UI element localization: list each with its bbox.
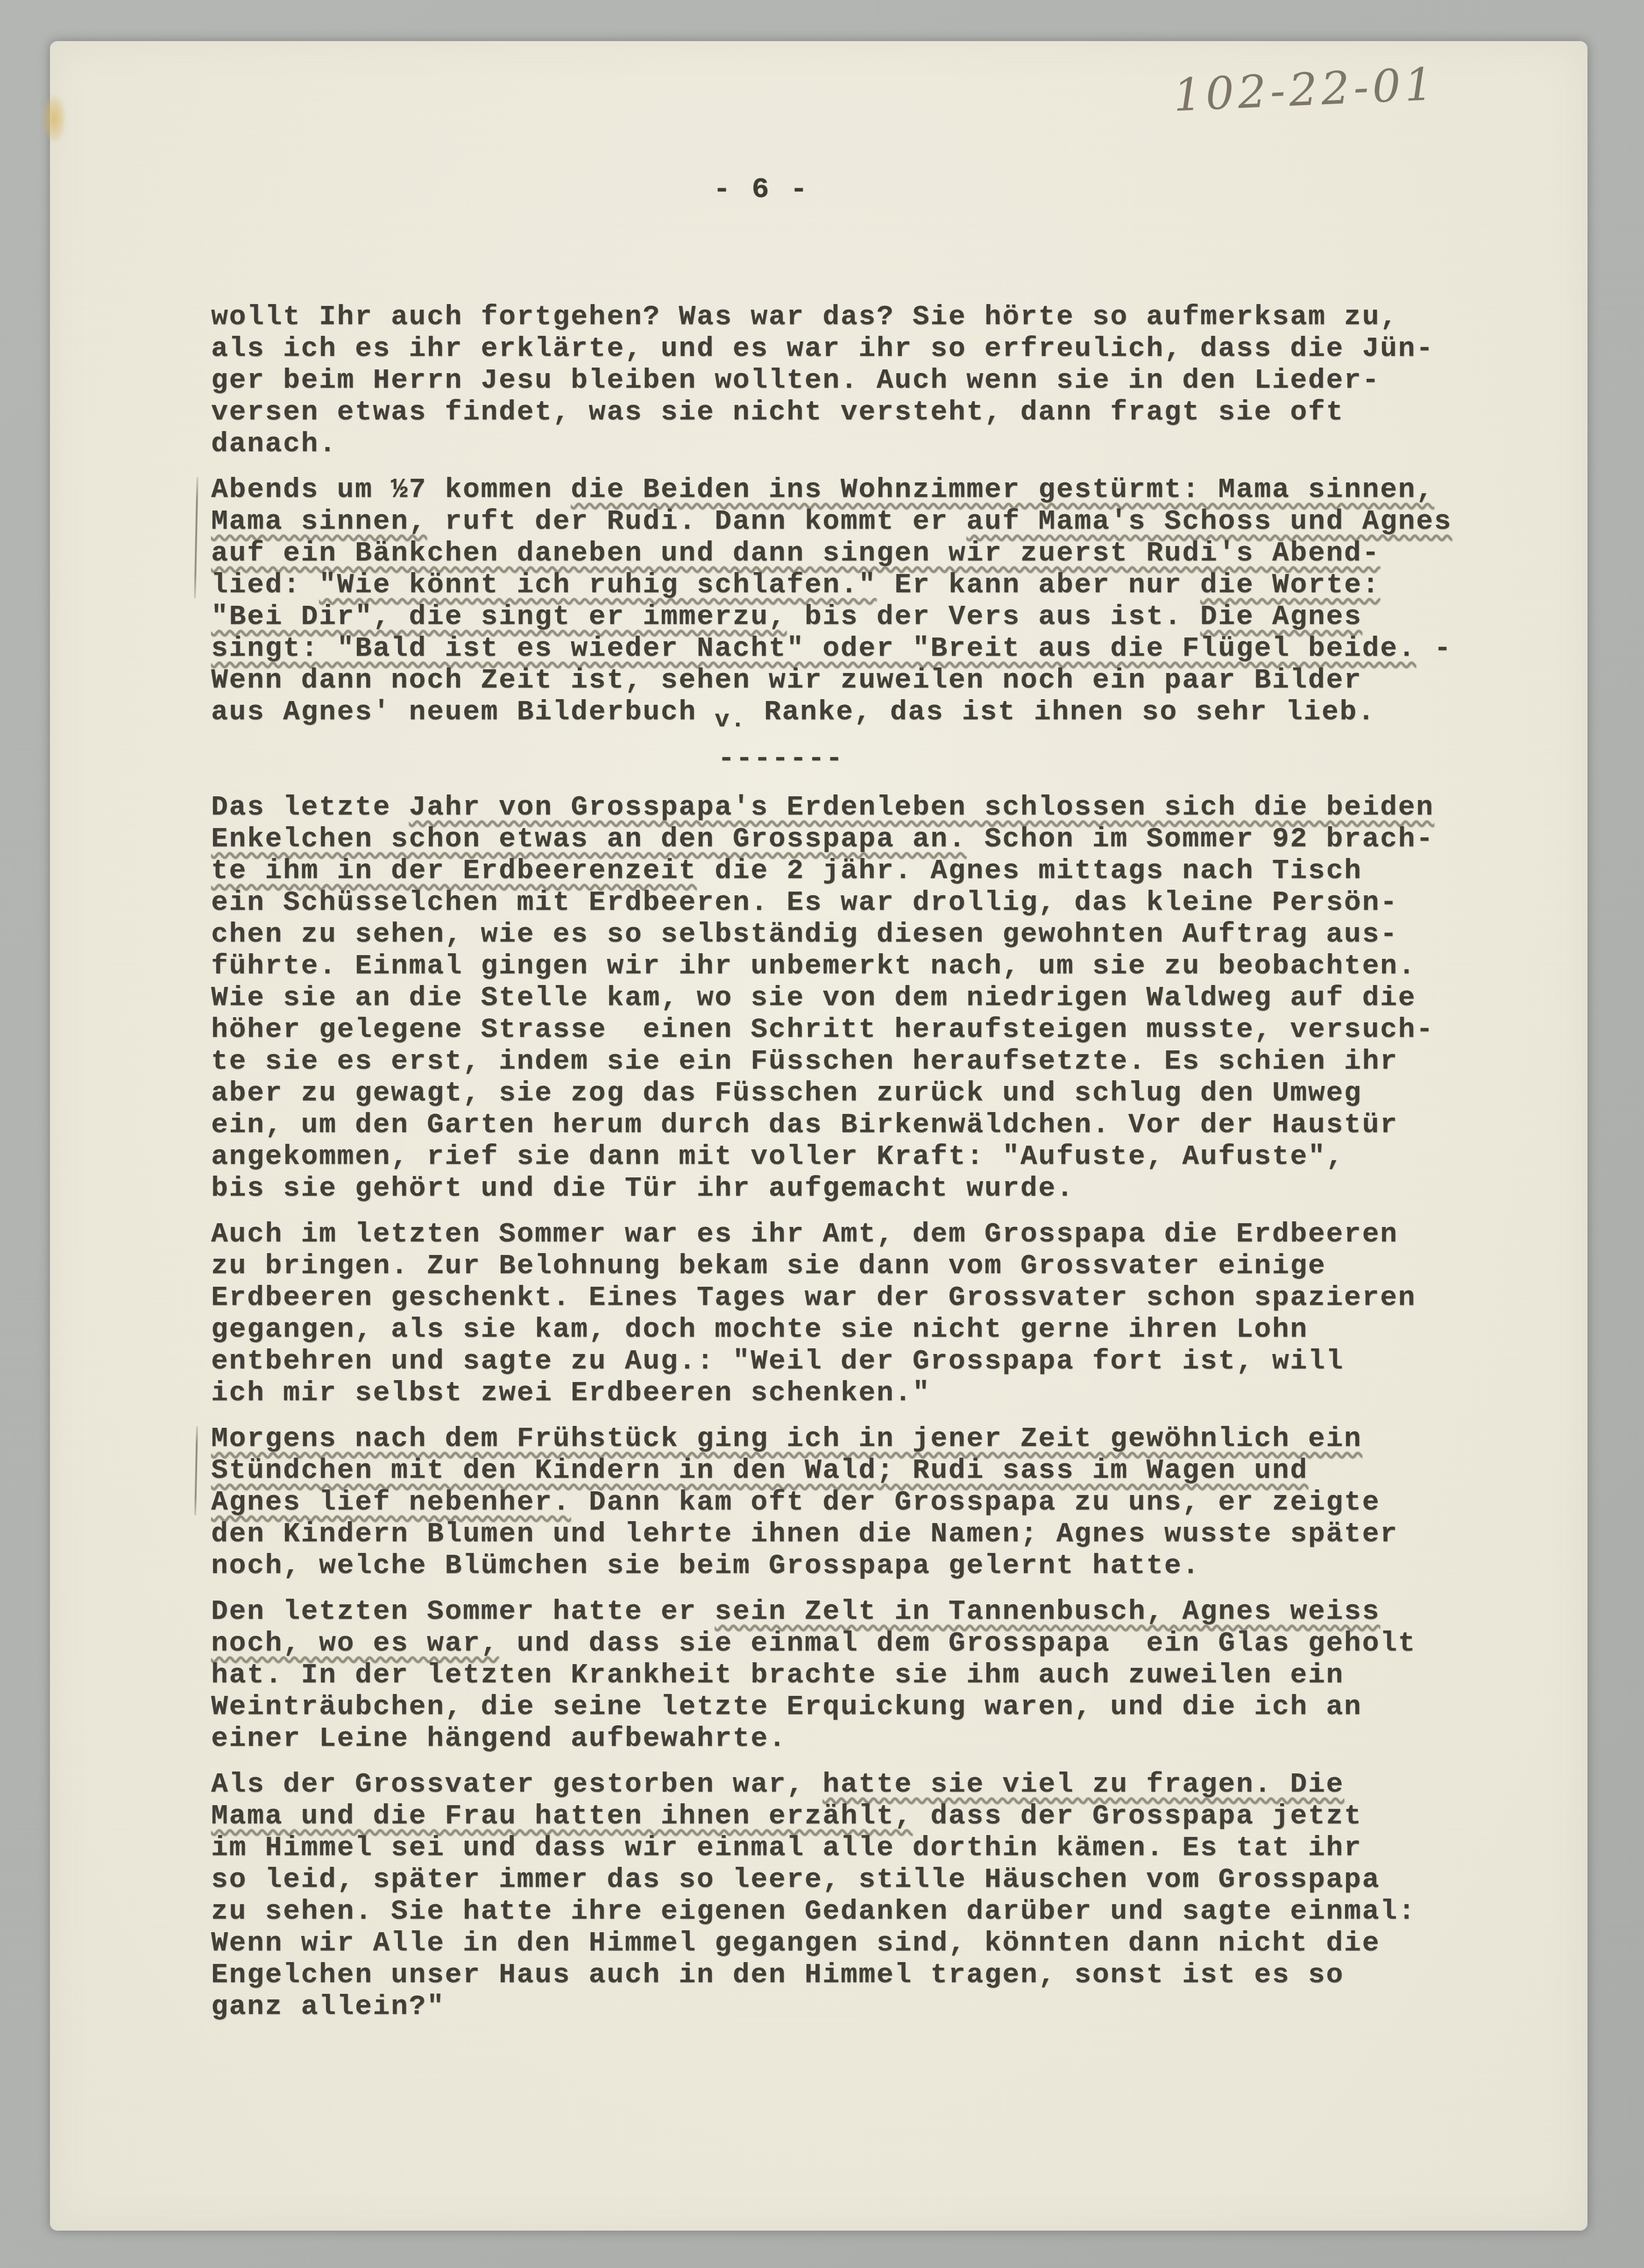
- text-segment: Auch im letzten Sommer war es ihr Amt, d…: [211, 1219, 1398, 1250]
- text-segment: Er kann aber nur: [877, 569, 1200, 601]
- paragraph: Das letzte Jahr von Grosspapa's Erdenleb…: [211, 792, 1444, 1205]
- text-line: Wie sie an die Stelle kam, wo sie von de…: [211, 982, 1444, 1014]
- pencil-underlined-text: "Wie könnt ich ruhig schlafen.": [319, 569, 877, 601]
- text-segment: ich mir selbst zwei Erdbeeren schenken.": [211, 1377, 930, 1409]
- text-segment: zu bringen. Zur Belohnung bekam sie dann…: [211, 1250, 1326, 1282]
- pencil-underlined-text: die Beiden ins Wohnzimmer gestürmt: Mama…: [571, 474, 1434, 506]
- text-line: Enkelchen schon etwas an den Grosspapa a…: [211, 823, 1444, 855]
- text-segment: führte. Einmal gingen wir ihr unbemerkt …: [211, 950, 1416, 982]
- text-segment: Erdbeeren geschenkt. Eines Tages war der…: [211, 1282, 1416, 1314]
- text-line: wollt Ihr auch fortgehen? Was war das? S…: [211, 301, 1444, 333]
- inserted-text: v.: [715, 706, 746, 734]
- pencil-underlined-text: hatte sie viel zu fragen. Die: [822, 1769, 1344, 1800]
- paragraph: wollt Ihr auch fortgehen? Was war das? S…: [211, 301, 1444, 460]
- text-line: singt: "Bald ist es wieder Nacht" oder "…: [211, 633, 1444, 665]
- text-segment: als ich es ihr erklärte, und es war ihr …: [211, 333, 1434, 365]
- pencil-underlined-text: auf ein Bänkchen daneben und dann singen…: [211, 538, 1380, 569]
- text-line: Wenn wir Alle in den Himmel gegangen sin…: [211, 1928, 1444, 1959]
- text-segment: einer Leine hängend aufbewahrte.: [211, 1723, 787, 1755]
- text-segment: lied:: [211, 569, 319, 601]
- text-segment: -: [1416, 633, 1452, 665]
- text-line: Weinträubchen, die seine letzte Erquicku…: [211, 1691, 1444, 1723]
- text-segment: Wenn dann noch Zeit ist, sehen wir zuwei…: [211, 665, 1362, 696]
- text-segment: Engelchen unser Haus auch in den Himmel …: [211, 1959, 1344, 1991]
- text-line: Mama sinnen, ruft der Rudi. Dann kommt e…: [211, 506, 1444, 538]
- pencil-underlined-text: sein Zelt in Tannenbusch, Agnes weiss: [715, 1596, 1380, 1628]
- text-segment: Schon im Sommer 92 brach-: [966, 823, 1434, 855]
- text-line: Den letzten Sommer hatte er sein Zelt in…: [211, 1596, 1444, 1628]
- text-line: hat. In der letzten Krankheit brachte si…: [211, 1659, 1444, 1691]
- text-segment: bis der Vers aus ist.: [787, 601, 1200, 633]
- text-line: danach.: [211, 428, 1444, 460]
- text-line: zu sehen. Sie hatte ihre eigenen Gedanke…: [211, 1896, 1444, 1928]
- text-segment: hat. In der letzten Krankheit brachte si…: [211, 1659, 1344, 1691]
- text-line: ich mir selbst zwei Erdbeeren schenken.": [211, 1377, 1444, 1409]
- text-segment: wollt Ihr auch fortgehen? Was war das? S…: [211, 301, 1398, 333]
- text-line: chen zu sehen, wie es so selbständig die…: [211, 919, 1444, 950]
- text-line: ein, um den Garten herum durch das Birke…: [211, 1109, 1444, 1141]
- text-segment: Den letzten Sommer hatte er: [211, 1596, 715, 1628]
- text-line: als ich es ihr erklärte, und es war ihr …: [211, 333, 1444, 365]
- text-segment: Abends um ½7 kommen: [211, 474, 571, 506]
- text-segment: die 2 jähr. Agnes mittags nach Tisch: [697, 855, 1362, 887]
- text-segment: im Himmel sei und dass wir einmal alle d…: [211, 1832, 1362, 1864]
- pencil-underlined-text: Stündchen mit den Kindern in den Wald; R…: [211, 1455, 1308, 1487]
- pencil-underlined-text: noch, wo es war,: [211, 1628, 499, 1659]
- typed-divider: -------: [211, 743, 1444, 775]
- text-line: angekommen, rief sie dann mit voller Kra…: [211, 1141, 1444, 1173]
- paper-stain: [43, 96, 65, 141]
- text-segment: chen zu sehen, wie es so selbständig die…: [211, 919, 1398, 950]
- paragraph: Als der Grossvater gestorben war, hatte …: [211, 1769, 1444, 2023]
- text-line: Das letzte Jahr von Grosspapa's Erdenleb…: [211, 792, 1444, 823]
- paragraph: Auch im letzten Sommer war es ihr Amt, d…: [211, 1219, 1444, 1409]
- pencil-margin-line: [194, 1426, 198, 1516]
- text-segment: noch, welche Blümchen sie beim Grosspapa…: [211, 1550, 1200, 1582]
- text-line: te sie es erst, indem sie ein Füsschen h…: [211, 1046, 1444, 1077]
- text-segment: Dann kam oft der Grosspapa zu uns, er ze…: [571, 1487, 1380, 1518]
- pencil-underlined-text: Mama sinnen,: [211, 506, 427, 538]
- text-line: ein Schüsselchen mit Erdbeeren. Es war d…: [211, 887, 1444, 919]
- text-segment: zu sehen. Sie hatte ihre eigenen Gedanke…: [211, 1896, 1416, 1928]
- text-segment: aber zu gewagt, sie zog das Füsschen zur…: [211, 1077, 1362, 1109]
- text-line: den Kindern Blumen und lehrte ihnen die …: [211, 1518, 1444, 1550]
- typewritten-body: wollt Ihr auch fortgehen? Was war das? S…: [211, 301, 1444, 2037]
- text-line: Stündchen mit den Kindern in den Wald; R…: [211, 1455, 1444, 1487]
- text-segment: und dass sie einmal dem Grosspapa ein Gl…: [499, 1628, 1416, 1659]
- text-segment: ger beim Herrn Jesu bleiben wollten. Auc…: [211, 365, 1380, 397]
- paragraph: Den letzten Sommer hatte er sein Zelt in…: [211, 1596, 1444, 1755]
- text-line: führte. Einmal gingen wir ihr unbemerkt …: [211, 950, 1444, 982]
- text-segment: dass der Grosspapa jetzt: [913, 1800, 1362, 1832]
- text-segment: danach.: [211, 428, 337, 460]
- text-line: einer Leine hängend aufbewahrte.: [211, 1723, 1444, 1755]
- text-segment: Ranke, das ist ihnen so sehr lieb.: [746, 696, 1376, 728]
- text-line: Abends um ½7 kommen die Beiden ins Wohnz…: [211, 474, 1444, 506]
- text-line: Als der Grossvater gestorben war, hatte …: [211, 1769, 1444, 1800]
- text-line: aus Agnes' neuem Bilderbuch v. Ranke, da…: [211, 696, 1444, 729]
- pencil-underlined-text: die Worte:: [1200, 569, 1380, 601]
- text-segment: angekommen, rief sie dann mit voller Kra…: [211, 1141, 1344, 1173]
- text-line: zu bringen. Zur Belohnung bekam sie dann…: [211, 1250, 1444, 1282]
- text-line: ger beim Herrn Jesu bleiben wollten. Auc…: [211, 365, 1444, 397]
- pencil-margin-line: [194, 477, 198, 598]
- paragraph: Abends um ½7 kommen die Beiden ins Wohnz…: [211, 474, 1444, 729]
- text-line: entbehren und sagte zu Aug.: "Weil der G…: [211, 1346, 1444, 1377]
- document-page: 102-22-01 - 6 - wollt Ihr auch fortgehen…: [50, 41, 1587, 2231]
- text-segment: Wenn wir Alle in den Himmel gegangen sin…: [211, 1928, 1380, 1959]
- text-line: gegangen, als sie kam, doch mochte sie n…: [211, 1314, 1444, 1346]
- text-line: bis sie gehört und die Tür ihr aufgemach…: [211, 1173, 1444, 1205]
- text-segment: te sie es erst, indem sie ein Füsschen h…: [211, 1046, 1398, 1077]
- handwritten-reference-number: 102-22-01: [1172, 58, 1438, 122]
- text-segment: ein Schüsselchen mit Erdbeeren. Es war d…: [211, 887, 1398, 919]
- pencil-underlined-text: Jahr von Grosspapa's Erdenleben schlosse…: [409, 792, 1434, 823]
- text-segment: Das letzte: [211, 792, 409, 823]
- text-line: "Bei Dir", die singt er immerzu, bis der…: [211, 601, 1444, 633]
- text-segment: ruft der Rudi. Dann kommt er: [427, 506, 966, 538]
- text-segment: gegangen, als sie kam, doch mochte sie n…: [211, 1314, 1308, 1346]
- pencil-underlined-text: "Bei Dir", die singt er immerzu,: [211, 601, 787, 633]
- text-line: noch, wo es war, und dass sie einmal dem…: [211, 1628, 1444, 1659]
- text-line: te ihm in der Erdbeerenzeit die 2 jähr. …: [211, 855, 1444, 887]
- text-line: aber zu gewagt, sie zog das Füsschen zur…: [211, 1077, 1444, 1109]
- text-segment: höher gelegene Strasse einen Schritt her…: [211, 1014, 1434, 1046]
- text-segment: versen etwas findet, was sie nicht verst…: [211, 397, 1344, 428]
- text-line: Auch im letzten Sommer war es ihr Amt, d…: [211, 1219, 1444, 1250]
- text-line: Engelchen unser Haus auch in den Himmel …: [211, 1959, 1444, 1991]
- pencil-underlined-text: Enkelchen schon etwas an den Grosspapa a…: [211, 823, 966, 855]
- text-segment: Weinträubchen, die seine letzte Erquicku…: [211, 1691, 1362, 1723]
- pencil-underlined-text: Morgens nach dem Frühstück ging ich in j…: [211, 1423, 1362, 1455]
- text-segment: ganz allein?": [211, 1991, 445, 2023]
- text-line: auf ein Bänkchen daneben und dann singen…: [211, 538, 1444, 569]
- text-segment: aus Agnes' neuem Bilderbuch: [211, 696, 715, 728]
- pencil-underlined-text: Die Agnes: [1200, 601, 1362, 633]
- text-line: Morgens nach dem Frühstück ging ich in j…: [211, 1423, 1444, 1455]
- text-line: versen etwas findet, was sie nicht verst…: [211, 397, 1444, 428]
- pencil-underlined-text: te ihm in der Erdbeerenzeit: [211, 855, 697, 887]
- text-segment: den Kindern Blumen und lehrte ihnen die …: [211, 1518, 1398, 1550]
- text-line: lied: "Wie könnt ich ruhig schlafen." Er…: [211, 569, 1444, 601]
- text-segment: bis sie gehört und die Tür ihr aufgemach…: [211, 1173, 1074, 1205]
- text-line: Wenn dann noch Zeit ist, sehen wir zuwei…: [211, 665, 1444, 696]
- pencil-underlined-text: Mama und die Frau hatten ihnen erzählt,: [211, 1800, 913, 1832]
- text-line: noch, welche Blümchen sie beim Grosspapa…: [211, 1550, 1444, 1582]
- text-line: höher gelegene Strasse einen Schritt her…: [211, 1014, 1444, 1046]
- text-segment: entbehren und sagte zu Aug.: "Weil der G…: [211, 1346, 1344, 1377]
- text-segment: Als der Grossvater gestorben war,: [211, 1769, 822, 1800]
- text-line: Mama und die Frau hatten ihnen erzählt, …: [211, 1800, 1444, 1832]
- paragraph: Morgens nach dem Frühstück ging ich in j…: [211, 1423, 1444, 1582]
- text-segment: Wie sie an die Stelle kam, wo sie von de…: [211, 982, 1416, 1014]
- pencil-underlined-text: Agnes lief nebenher.: [211, 1487, 571, 1518]
- text-segment: ein, um den Garten herum durch das Birke…: [211, 1109, 1398, 1141]
- text-line: Erdbeeren geschenkt. Eines Tages war der…: [211, 1282, 1444, 1314]
- text-segment: so leid, später immer das so leere, stil…: [211, 1864, 1380, 1896]
- text-line: ganz allein?": [211, 1991, 1444, 2023]
- text-line: so leid, später immer das so leere, stil…: [211, 1864, 1444, 1896]
- pencil-underlined-text: singt: "Bald ist es wieder Nacht" oder "…: [211, 633, 1416, 665]
- text-line: im Himmel sei und dass wir einmal alle d…: [211, 1832, 1444, 1864]
- scanner-background: 102-22-01 - 6 - wollt Ihr auch fortgehen…: [0, 0, 1644, 2268]
- page-number: - 6 -: [713, 173, 809, 206]
- pencil-underlined-text: auf Mama's Schoss und Agnes: [966, 506, 1452, 538]
- text-line: Agnes lief nebenher. Dann kam oft der Gr…: [211, 1487, 1444, 1518]
